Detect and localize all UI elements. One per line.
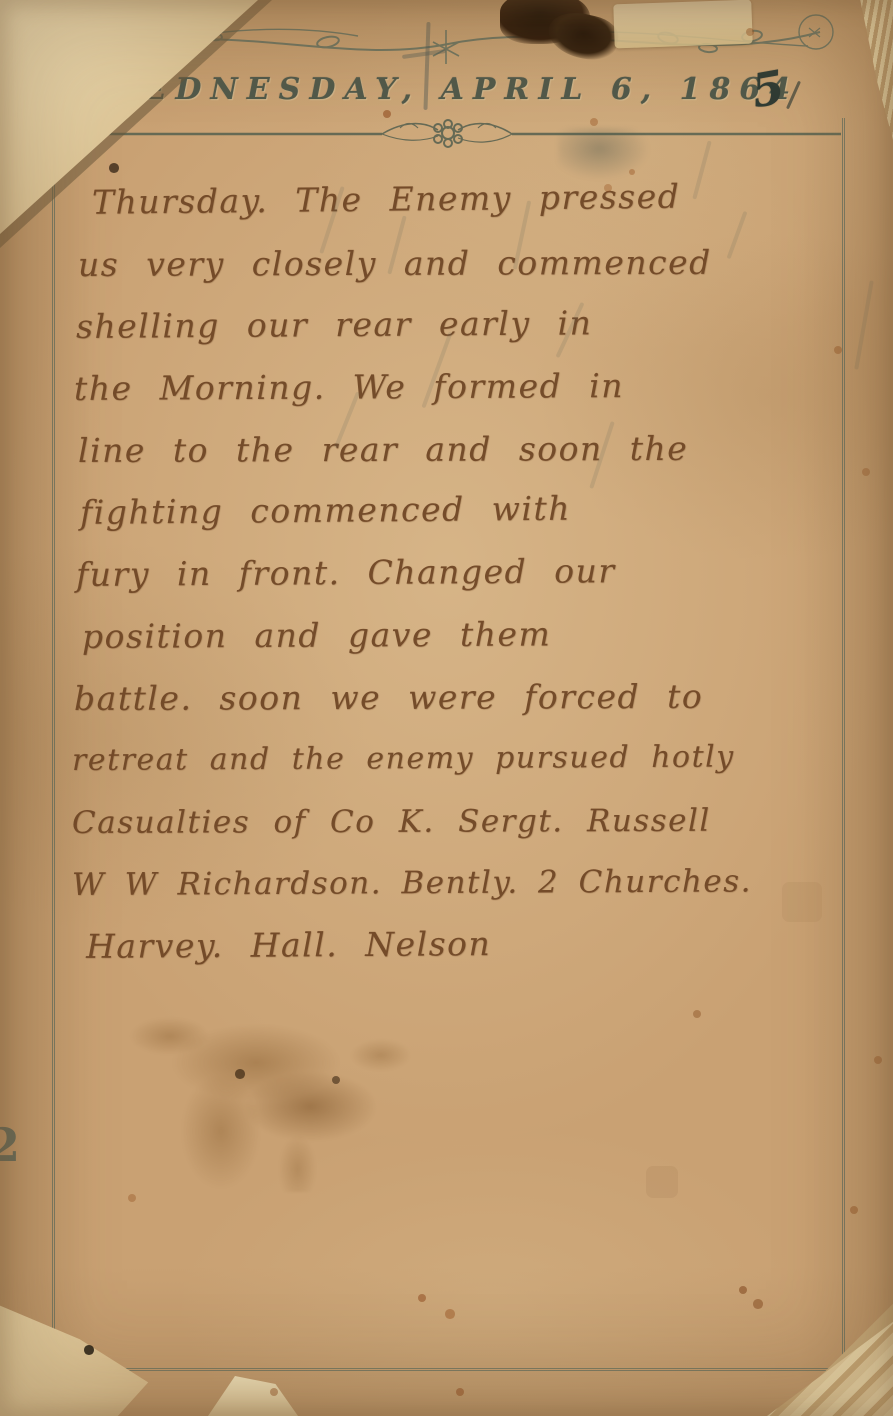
handwriting-line: retreat and the enemy pursued hotly [72,726,862,792]
handwriting-line: fighting commenced with [72,475,863,544]
diary-entry: Thursday. The Enemy pressed us very clos… [72,172,862,978]
handwriting-line: battle. soon we were forced to [72,665,862,730]
handwriting-line: Thursday. The Enemy pressed [72,164,863,234]
diary-page-scan: WEDNESDAY, APRIL 6, 1864 5 Thursday. The… [0,0,893,1416]
handwriting-line: Harvey. Hall. Nelson [72,910,862,978]
dark-ink-blotch [500,0,625,62]
water-stain [112,1002,432,1192]
handwriting-line: fury in front. Changed our [72,538,862,606]
handwriting-line: line to the rear and soon the [72,417,862,482]
handwriting-line: Casualties of Co K. Sergt. Russell [72,789,862,854]
paper-repair-patch [613,0,752,48]
handwriting-line: shelling our rear early in [72,290,862,358]
handwriting-line: the Morning. We formed in [72,354,862,420]
paper-chip [208,1376,298,1416]
page-number-fragment: 2 [0,1118,20,1172]
ink-smudge [558,128,650,180]
handwriting-line: us very closely and commenced [72,231,862,296]
handwriting-line: position and gave them [72,602,862,668]
handwriting-line: W W Richardson. Bently. 2 Churches. [72,850,862,916]
foxing-specks [0,0,4,4]
